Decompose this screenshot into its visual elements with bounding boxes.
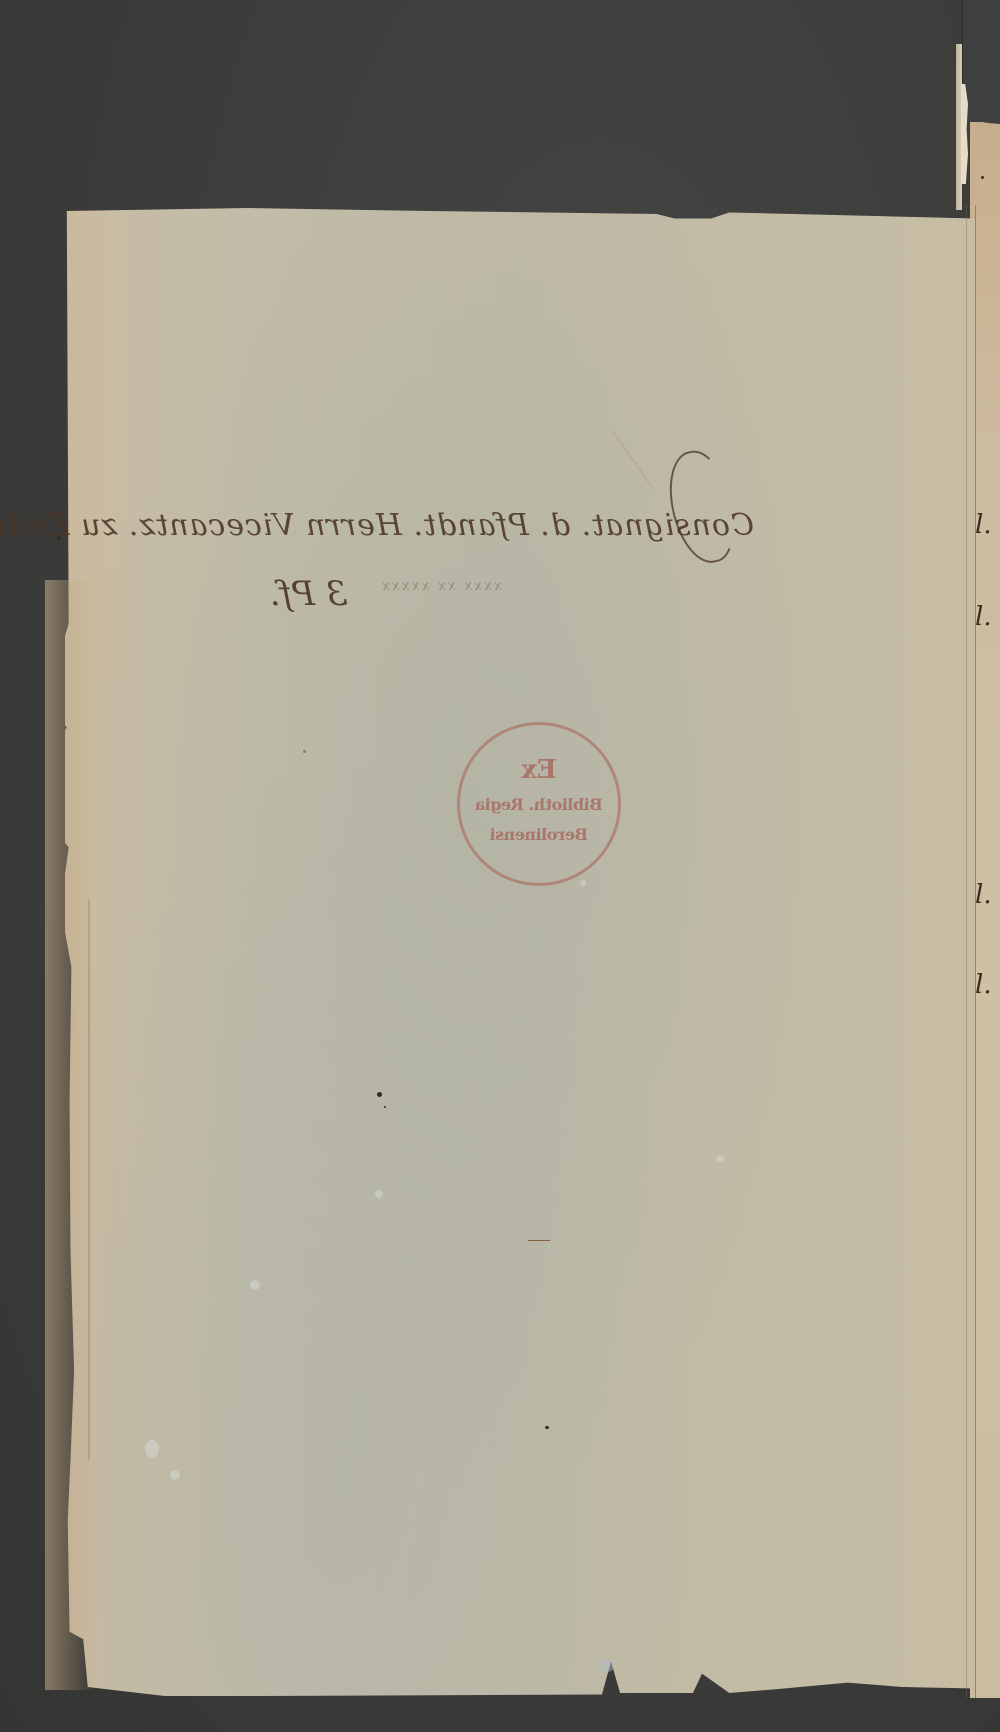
handwriting-line-2: 3 Pf. <box>270 574 348 614</box>
ink-speck <box>384 1106 386 1108</box>
paper-mark <box>303 750 306 753</box>
paper-spot <box>716 1155 724 1163</box>
margin-mark: l. <box>975 510 992 540</box>
mounting-board-right <box>962 0 1000 140</box>
stamp-text-bibliotheca: Biblioth. Regia <box>460 795 618 814</box>
handwriting-faint-note: xxxx xx xxxxx <box>380 578 502 594</box>
margin-mark: l. <box>975 602 992 632</box>
fiber-mark <box>528 1240 550 1241</box>
ink-speck <box>545 1426 549 1429</box>
library-stamp: Ex Biblioth. Regia Berolinensi <box>457 722 621 886</box>
stamp-text-berolinensi: Berolinensi <box>460 825 618 844</box>
margin-mark: l. <box>975 880 992 910</box>
stamp-text-ex: Ex <box>460 755 618 785</box>
margin-mark: l. <box>975 970 992 1000</box>
ink-speck <box>377 1092 382 1097</box>
manuscript-page <box>65 205 975 1699</box>
page-repair-strip <box>88 900 90 1460</box>
ink-speck <box>981 176 984 179</box>
paper-spot <box>145 1440 159 1458</box>
adjacent-page-edge <box>975 205 976 1698</box>
paper-spot <box>580 880 586 886</box>
paper-spot <box>600 1660 614 1672</box>
paper-spot <box>375 1190 383 1198</box>
paper-spot <box>170 1470 180 1480</box>
handwriting-line-1: Consignat. d. Pfandt. Herrn Vicecantz. z… <box>54 508 754 543</box>
page-right-edge <box>966 205 967 1698</box>
paper-spot <box>250 1280 260 1290</box>
